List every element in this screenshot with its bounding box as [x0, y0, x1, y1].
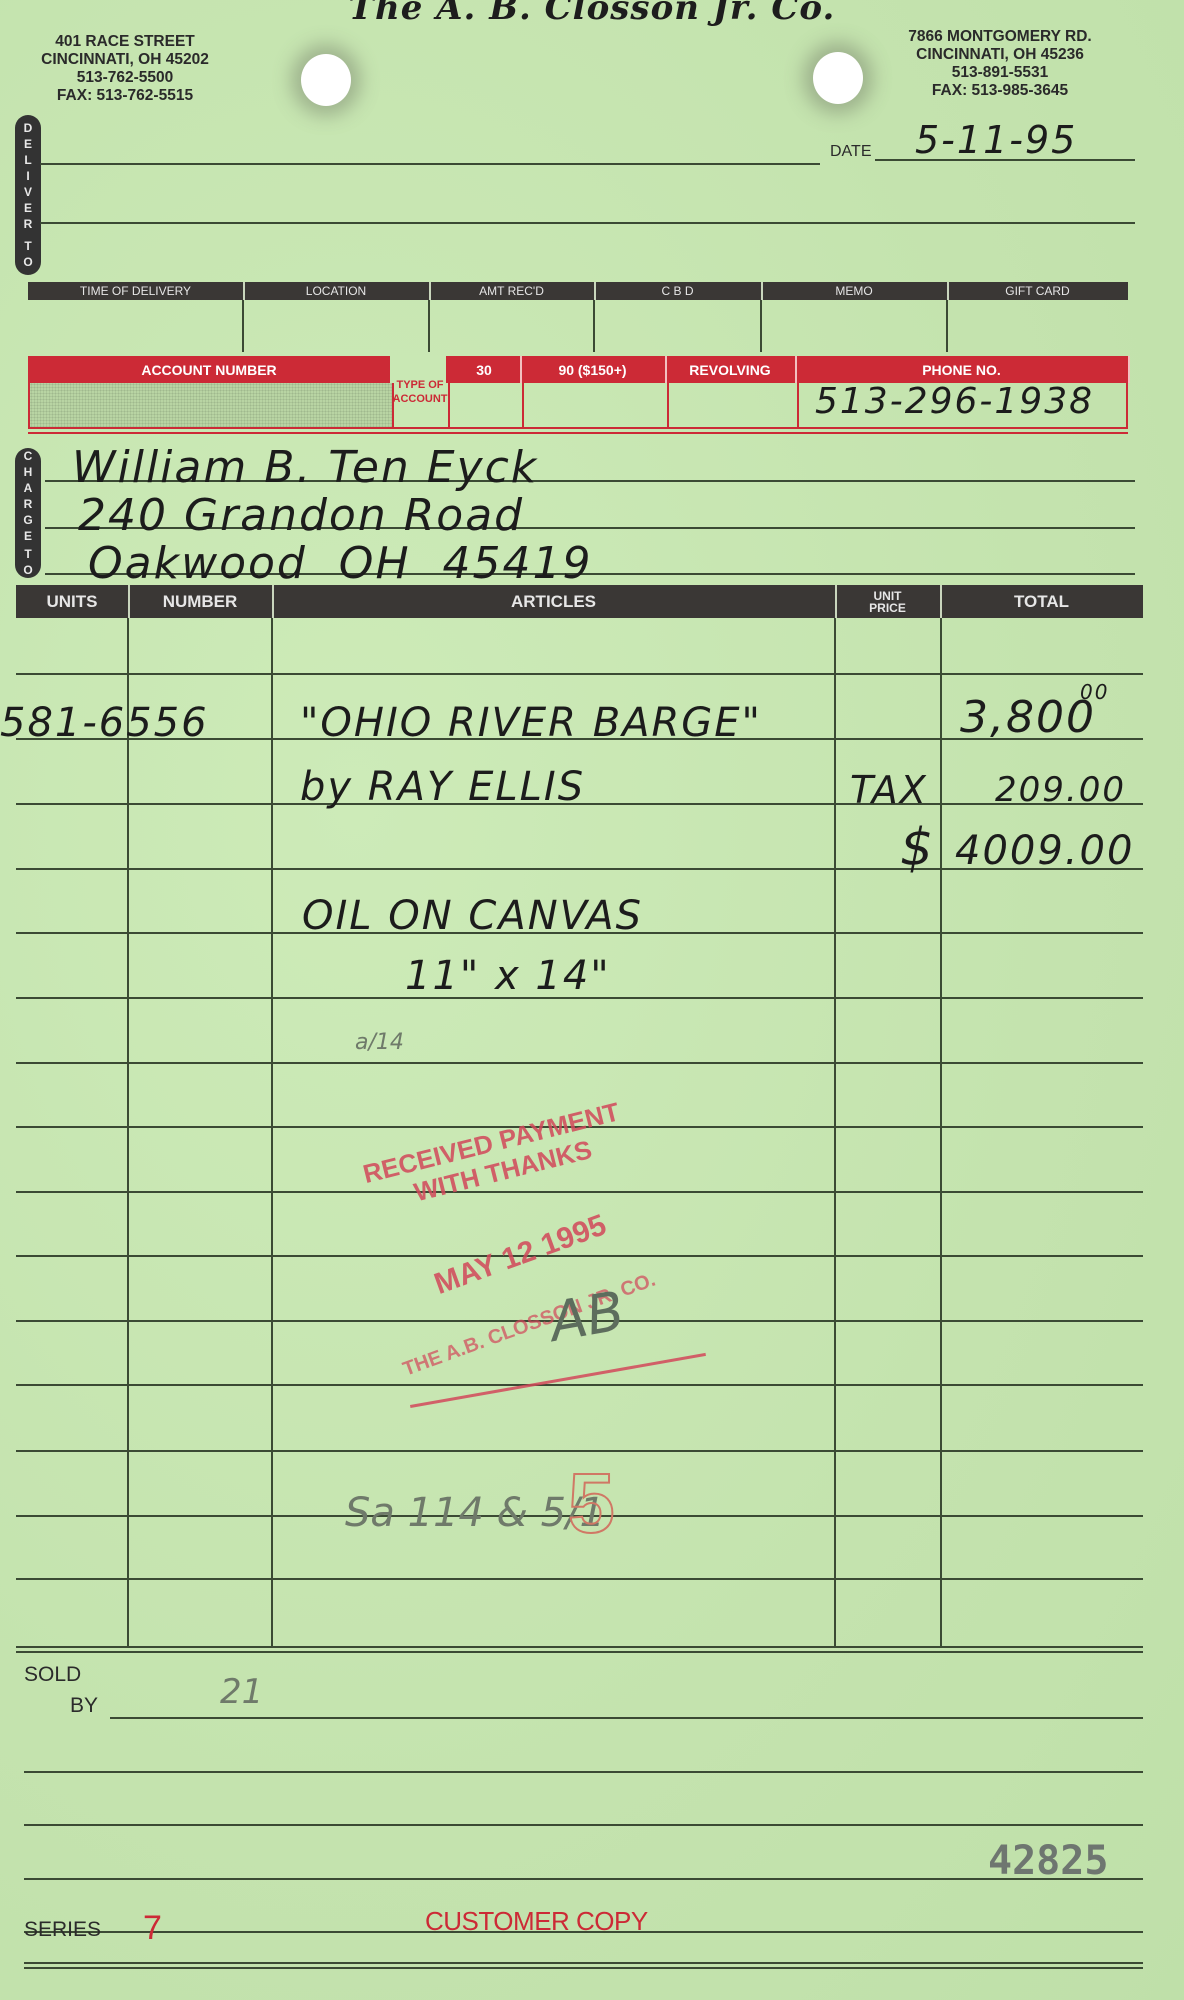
item-title: "OHIO RIVER BARGE" — [300, 700, 762, 746]
received-payment-stamp: RECEIVED PAYMENT WITH THANKS — [360, 1096, 630, 1218]
account-underline — [28, 432, 1128, 434]
phone-value: 513-296-1938 — [815, 381, 1094, 422]
tax-amount: 209.00 — [995, 770, 1126, 810]
col-articles: ARTICLES — [272, 585, 837, 618]
series-value: 7 — [143, 1909, 162, 1948]
row-line — [16, 1450, 1143, 1452]
sold-by-line — [110, 1717, 1143, 1719]
col-gift-card: GIFT CARD — [947, 282, 1128, 300]
articles-divider — [834, 618, 836, 1648]
series-label: SERIES — [24, 1918, 101, 1942]
footer-line — [24, 1824, 1143, 1826]
articles-divider — [271, 618, 273, 1648]
pencil-note: a/14 — [355, 1030, 404, 1055]
double-line — [16, 1646, 1143, 1648]
double-line — [16, 1651, 1143, 1653]
col-30: 30 — [448, 356, 522, 383]
delivery-divider — [946, 300, 948, 352]
articles-divider — [127, 618, 129, 1648]
col-total: TOTAL — [940, 585, 1143, 618]
col-account-number: ACCOUNT NUMBER — [28, 356, 392, 383]
punch-hole-left — [301, 54, 351, 106]
field-revolving[interactable] — [667, 383, 799, 427]
right-fax: FAX: 513-985-3645 — [885, 82, 1115, 100]
row-line — [16, 1578, 1143, 1580]
col-90: 90 ($150+) — [520, 356, 667, 383]
tax-label: TAX — [850, 768, 928, 812]
left-fax: FAX: 513-762-5515 — [30, 87, 220, 105]
footer-double-line — [24, 1967, 1143, 1969]
row-line — [16, 1191, 1143, 1193]
articles-table-header: UNITS NUMBER ARTICLES UNIT PRICE TOTAL — [16, 585, 1143, 618]
delivery-divider — [760, 300, 762, 352]
row-line — [16, 1384, 1143, 1386]
left-phone: 513-762-5500 — [30, 69, 220, 87]
item-number: 581-6556 — [0, 700, 209, 746]
sold-by-value: 21 — [220, 1672, 263, 1712]
right-phone: 513-891-5531 — [885, 64, 1115, 82]
deliver-to-label: D E L I V E R T O — [15, 115, 41, 275]
row-line — [16, 1255, 1143, 1257]
pencil-note-2: Sa 114 & 5/1 — [345, 1490, 605, 1536]
row-line — [16, 673, 1143, 675]
footer-line — [24, 1771, 1143, 1773]
account-table-header: ACCOUNT NUMBER 30 90 ($150+) REVOLVING P… — [28, 356, 1128, 383]
company-name: The A. B. Closson Jr. Co. — [0, 0, 1184, 28]
right-city: CINCINNATI, OH 45236 — [885, 46, 1115, 64]
delivery-divider — [242, 300, 244, 352]
field-90[interactable] — [522, 383, 669, 427]
item-medium: OIL ON CANVAS — [302, 893, 643, 939]
account-table-body: TYPE OF ACCOUNT 513-296-1938 — [28, 383, 1128, 429]
col-revolving: REVOLVING — [665, 356, 797, 383]
left-store-address: 401 RACE STREET CINCINNATI, OH 45202 513… — [30, 33, 220, 105]
footer-double-line — [24, 1962, 1143, 1964]
charge-to-label: C H A R G E T O — [15, 448, 41, 578]
big-number-stamp: 5 — [568, 1455, 615, 1552]
deliver-to-line-1 — [40, 163, 820, 165]
item-total-cents: 00 — [1080, 680, 1109, 704]
col-units: UNITS — [16, 585, 130, 618]
col-time-of-delivery: TIME OF DELIVERY — [28, 282, 245, 300]
row-line — [16, 1062, 1143, 1064]
by-label: BY — [70, 1694, 98, 1718]
right-street: 7866 MONTGOMERY RD. — [885, 28, 1115, 46]
account-number-field[interactable] — [30, 383, 394, 427]
sold-label: SOLD — [24, 1663, 81, 1687]
item-total: 3,800 — [960, 692, 1096, 743]
left-street: 401 RACE STREET — [30, 33, 220, 51]
col-unit-price: UNIT PRICE — [835, 585, 942, 618]
col-amt-recd: AMT REC'D — [429, 282, 596, 300]
customer-name: William B. Ten Eyck — [72, 442, 538, 493]
customer-copy-label: CUSTOMER COPY — [425, 1906, 648, 1937]
customer-city: Oakwood OH 45419 — [88, 538, 592, 589]
date-label: DATE — [830, 143, 871, 161]
right-store-address: 7866 MONTGOMERY RD. CINCINNATI, OH 45236… — [885, 28, 1115, 100]
grand-total: 4009.00 — [955, 828, 1134, 874]
delivery-table-header: TIME OF DELIVERY LOCATION AMT REC'D C B … — [28, 282, 1128, 300]
col-memo: MEMO — [761, 282, 949, 300]
stamp-initials: AB — [545, 1279, 629, 1354]
delivery-divider — [428, 300, 430, 352]
deliver-to-line-2 — [40, 222, 1135, 224]
col-cbd: C B D — [594, 282, 763, 300]
customer-street: 240 Grandon Road — [78, 490, 524, 541]
date-value: 5-11-95 — [915, 118, 1077, 162]
punch-hole-right — [813, 52, 863, 104]
field-30[interactable] — [450, 383, 524, 427]
dollar-sign: $ — [900, 818, 935, 878]
footer-line — [24, 1878, 1143, 1880]
item-artist: by RAY ELLIS — [300, 764, 585, 810]
col-number: NUMBER — [128, 585, 274, 618]
delivery-divider — [593, 300, 595, 352]
col-phone: PHONE NO. — [795, 356, 1130, 383]
type-of-account-label: TYPE OF ACCOUNT — [392, 356, 450, 427]
left-city: CINCINNATI, OH 45202 — [30, 51, 220, 69]
col-location: LOCATION — [243, 282, 431, 300]
item-dimensions: 11" x 14" — [405, 953, 611, 999]
articles-divider — [940, 618, 942, 1648]
serial-number: 42825 — [988, 1838, 1108, 1884]
